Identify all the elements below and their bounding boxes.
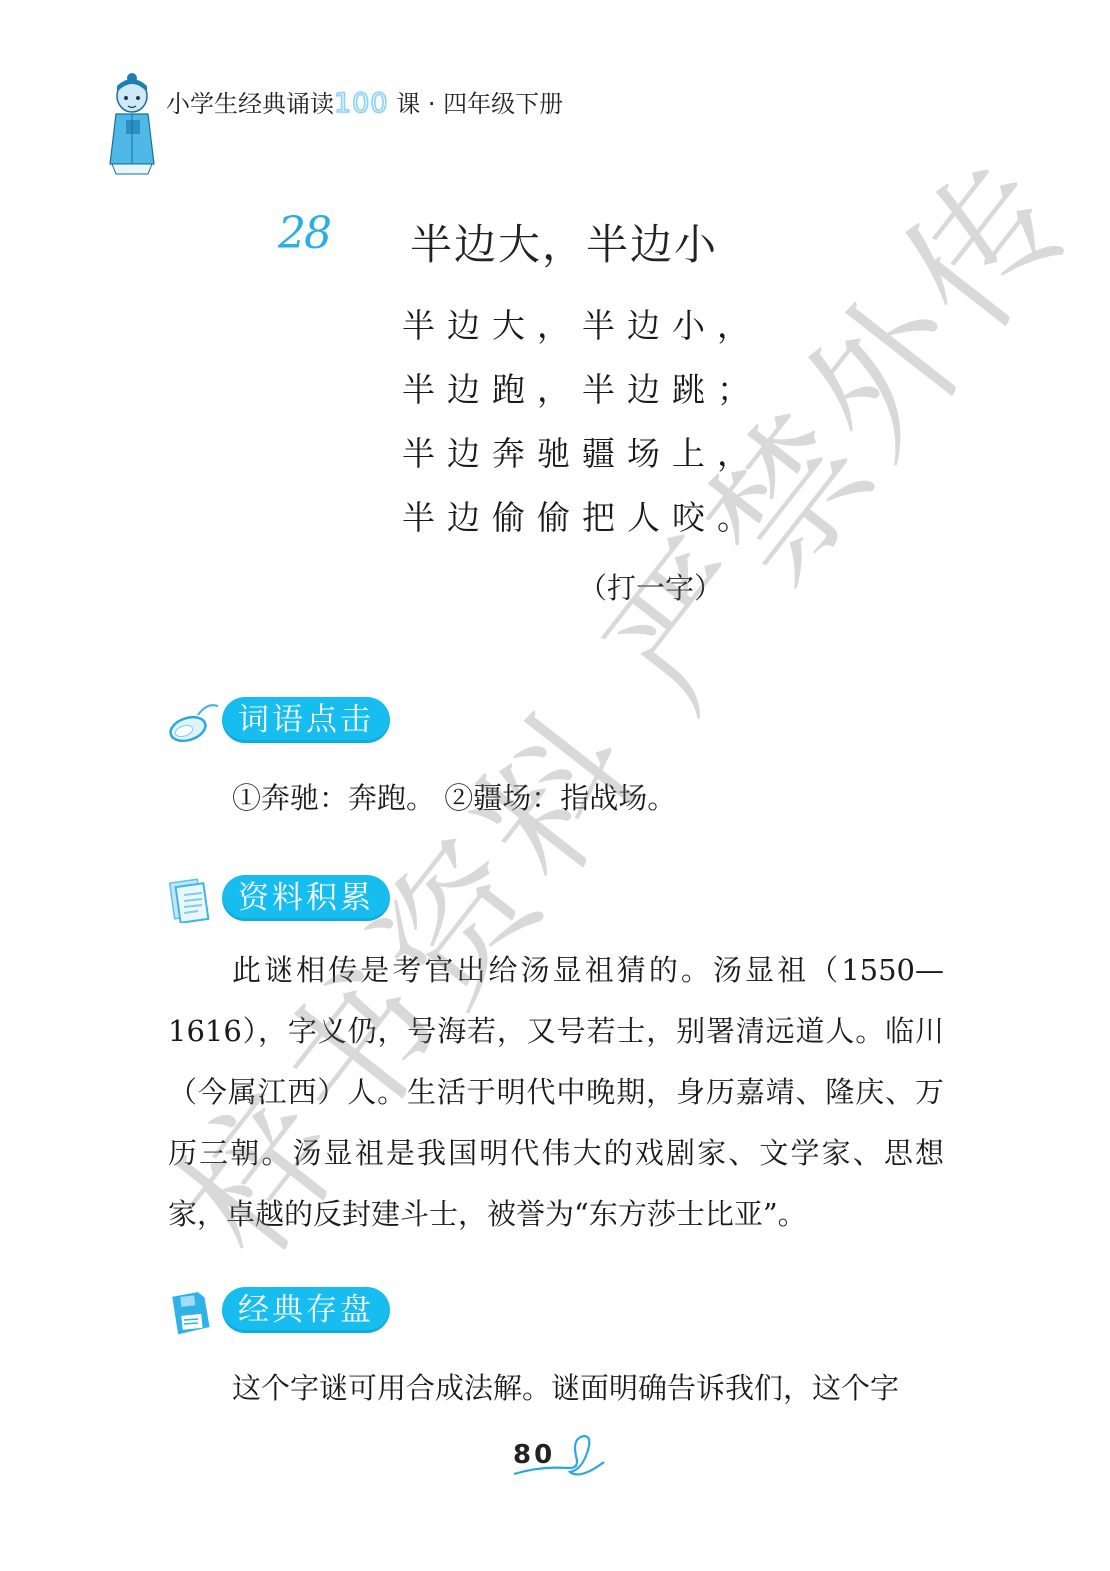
scholar-mascot-icon bbox=[108, 72, 158, 176]
poem-line: 半边跑，半边跳； bbox=[402, 366, 742, 430]
poem-line: 半边大，半边小， bbox=[402, 302, 742, 366]
section-explanation-header: 经典存盘 bbox=[168, 1287, 408, 1335]
series-title-suffix: 课 · 四年级下册 bbox=[396, 90, 563, 118]
riddle-hint: （打一字） bbox=[578, 558, 723, 619]
series-number: 100 bbox=[334, 88, 389, 119]
explanation-paragraph: 这个字谜可用合成法解。谜面明确告诉我们，这个字 bbox=[168, 1358, 944, 1419]
series-title: 小学生经典诵读100 课 · 四年级下册 bbox=[166, 84, 563, 119]
series-title-prefix: 小学生经典诵读 bbox=[166, 90, 334, 118]
lesson-title: 半边大，半边小 bbox=[410, 212, 718, 272]
section-vocabulary-header: 词语点击 bbox=[168, 697, 408, 745]
section-explanation-badge: 经典存盘 bbox=[222, 1287, 390, 1333]
section-vocabulary-badge: 词语点击 bbox=[222, 697, 390, 743]
explanation-text: 这个字谜可用合成法解。谜面明确告诉我们，这个字 bbox=[168, 1358, 944, 1419]
page-header: 小学生经典诵读100 课 · 四年级下册 bbox=[108, 70, 628, 180]
background-text: 此谜相传是考官出给汤显祖猜的。汤显祖（1550—1616），字义仍，号海若，又号… bbox=[168, 940, 944, 1245]
floppy-disk-icon bbox=[168, 1289, 218, 1335]
section-background-header: 资料积累 bbox=[168, 875, 408, 923]
poem-line: 半边偷偷把人咬。 bbox=[402, 494, 742, 558]
section-background-badge: 资料积累 bbox=[222, 875, 390, 921]
background-paragraph: 此谜相传是考官出给汤显祖猜的。汤显祖（1550—1616），字义仍，号海若，又号… bbox=[168, 940, 944, 1245]
computer-mouse-icon bbox=[168, 699, 218, 745]
vocabulary-definitions: ①奔驰：奔跑。 ②疆场：指战场。 bbox=[232, 768, 676, 829]
riddle-poem: 半边大，半边小， 半边跑，半边跳； 半边奔驰疆场上， 半边偷偷把人咬。 bbox=[402, 302, 742, 558]
lesson-number: 28 bbox=[278, 208, 330, 259]
page-number: 80 bbox=[513, 1440, 555, 1470]
documents-icon bbox=[168, 877, 218, 923]
poem-line: 半边奔驰疆场上， bbox=[402, 430, 742, 494]
